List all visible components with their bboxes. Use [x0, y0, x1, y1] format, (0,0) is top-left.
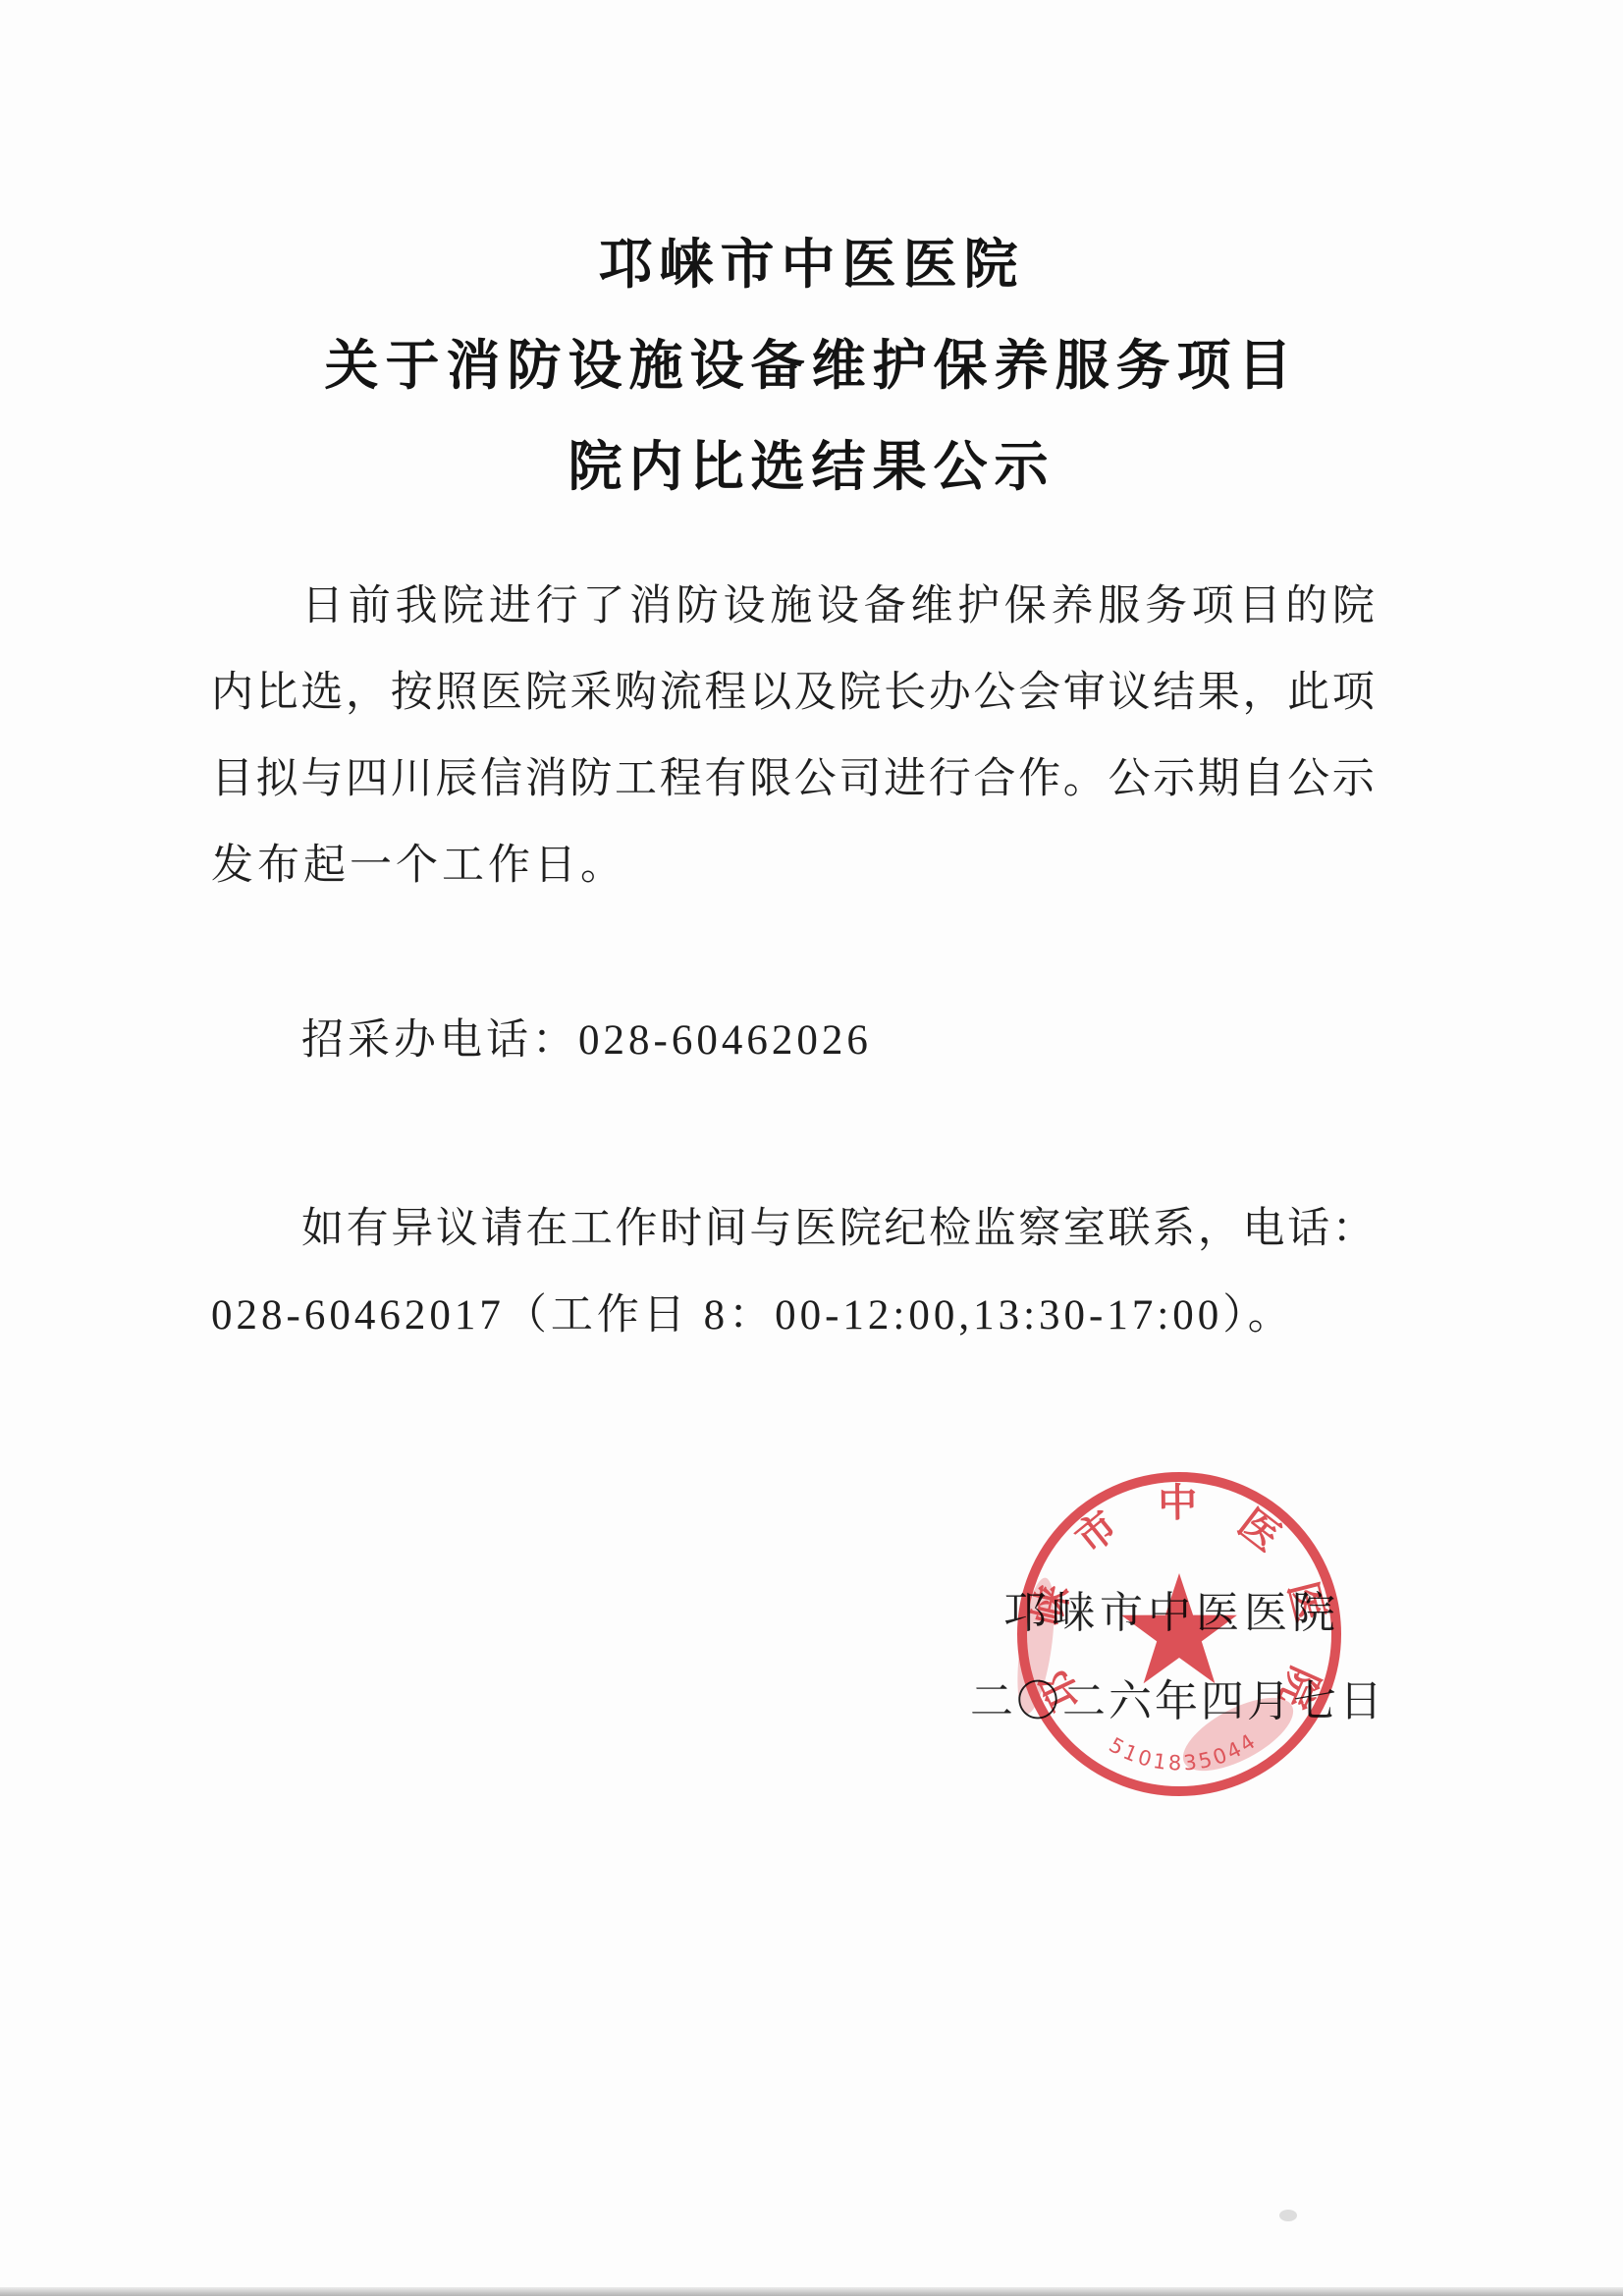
document-page: 邛崃市中医医院 关于消防设施设备维护保养服务项目 院内比选结果公示 日前我院进行… [0, 0, 1623, 2296]
paragraph2-line2: 028-60462017（工作日 8：00-12:00,13:30-17:00）… [211, 1273, 1375, 1359]
title-line-1: 邛崃市中医医院 [0, 214, 1623, 315]
seal-star-icon [1121, 1573, 1237, 1683]
seal-graphic: 邛崃市中医医院 5101835044 [1010, 1477, 1336, 1791]
official-seal: 邛崃市中医医院 5101835044 [985, 1440, 1374, 1829]
svg-text:5101835044: 5101835044 [1106, 1728, 1263, 1776]
scan-artifact-mark [1279, 2210, 1297, 2221]
paragraph1-line2: 内比选，按照医院采购流程以及院长办公会审议结果，此项 [211, 650, 1375, 737]
paragraph-objection-contact: 如有异议请在工作时间与医院纪检监察室联系，电话： 028-60462017（工作… [211, 1186, 1375, 1359]
title-line-2: 关于消防设施设备维护保养服务项目 [0, 315, 1623, 416]
paragraph-selection-result: 日前我院进行了消防设施设备维护保养服务项目的院 内比选，按照医院采购流程以及院长… [211, 564, 1375, 909]
document-title: 邛崃市中医医院 关于消防设施设备维护保养服务项目 院内比选结果公示 [0, 214, 1623, 518]
paragraph1-line1: 日前我院进行了消防设施设备维护保养服务项目的院 [211, 564, 1375, 650]
paragraph2-line1: 如有异议请在工作时间与医院纪检监察室联系，电话： [211, 1186, 1375, 1273]
seal-serial-number: 5101835044 [1106, 1728, 1263, 1776]
title-line-3: 院内比选结果公示 [0, 416, 1623, 518]
procurement-phone-line: 招采办电话：028-60462026 [211, 998, 1375, 1084]
paragraph1-line3: 目拟与四川辰信消防工程有限公司进行合作。公示期自公示 [211, 737, 1375, 823]
paragraph1-line4: 发布起一个工作日。 [211, 823, 1375, 909]
scan-bottom-edge [0, 2287, 1623, 2296]
procurement-phone-text: 招采办电话：028-60462026 [211, 998, 1375, 1084]
